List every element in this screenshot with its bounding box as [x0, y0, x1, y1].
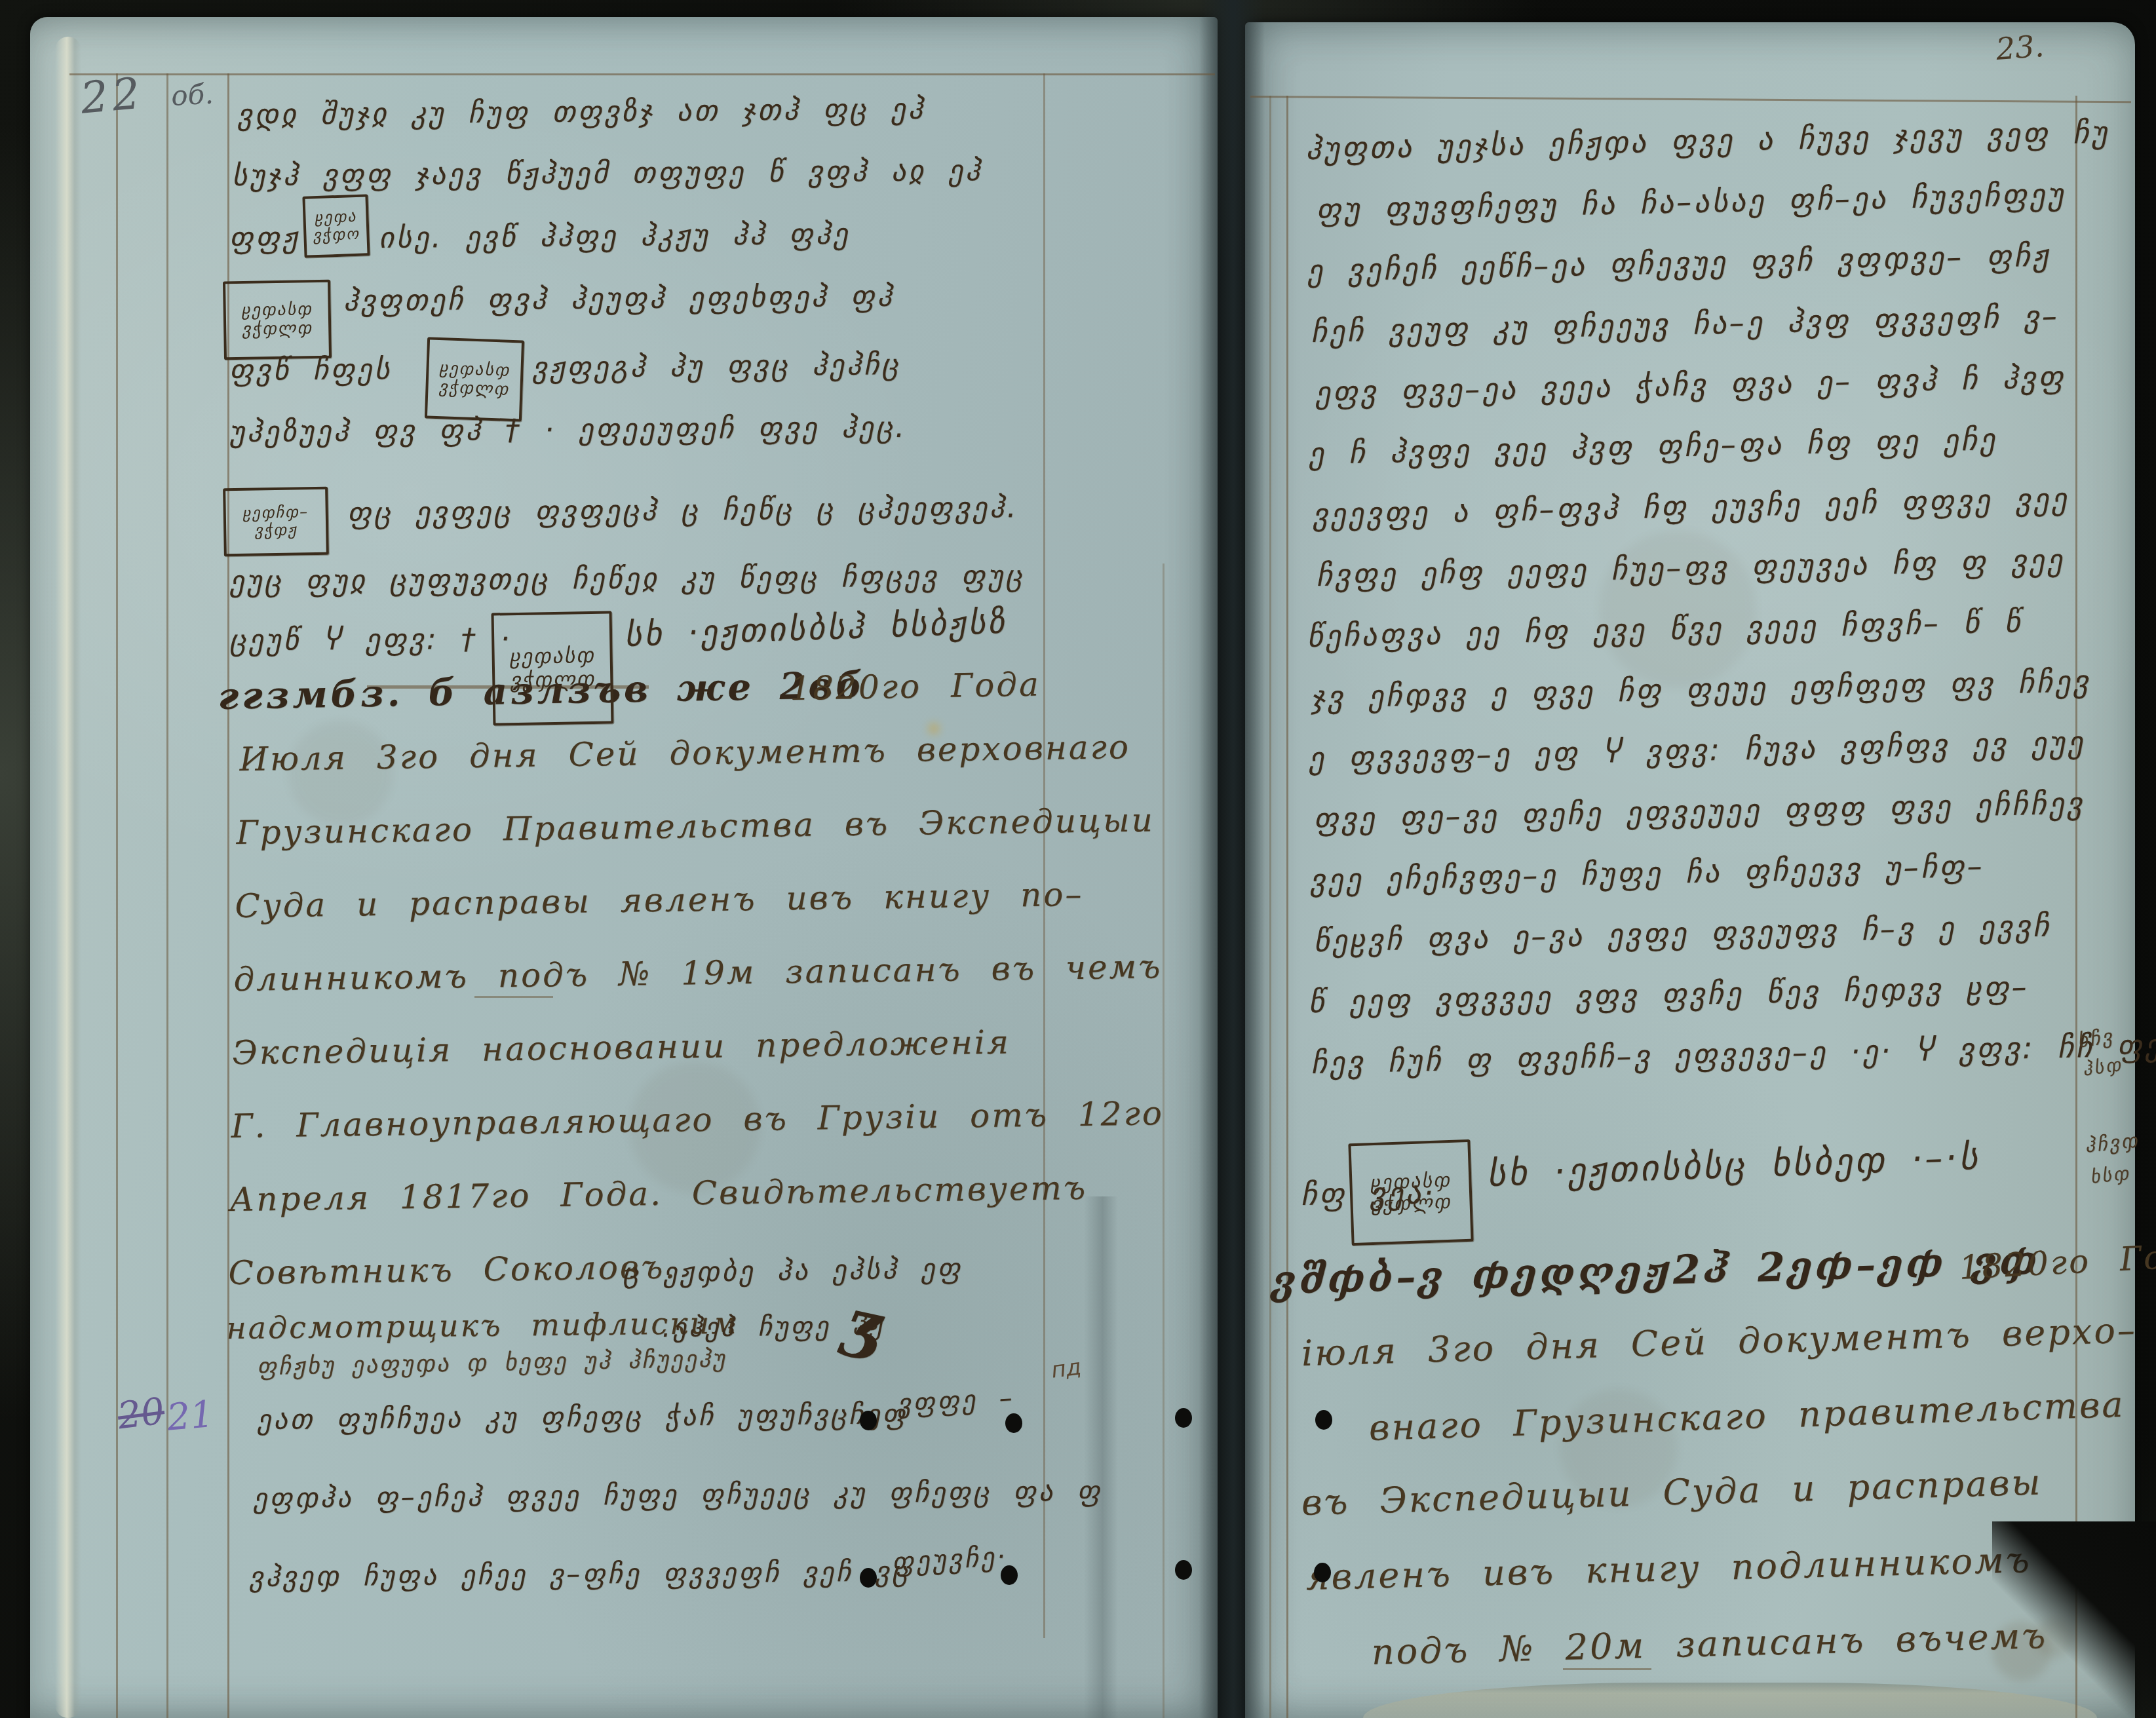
left-margin-side-note: пд: [1050, 1354, 1083, 1383]
right-page-number: 23.: [1995, 28, 2045, 67]
right-page: [1245, 22, 2135, 1718]
left-margin-number: 21: [165, 1393, 216, 1440]
left-page-number-suffix: об.: [170, 78, 214, 112]
under-page-edge: [1363, 1683, 2097, 1718]
manuscript-photo: ვდჲ შუჯჲ კუ ჩუფ თფვზჯ ათ ჯთჰ ფც ეჰსუჯჰ ვ…: [0, 0, 2156, 1718]
desk-corner-shadow: [1992, 1521, 2156, 1718]
left-page: [30, 17, 1218, 1718]
left-page-number: 22: [79, 68, 145, 124]
left-page-gutter-crease: [1084, 1196, 1118, 1718]
left-page-fold-crease: [55, 37, 81, 1718]
book-gutter-shadow: [1199, 0, 1265, 1718]
left-margin-number-crossed-out: 20: [115, 1390, 167, 1438]
